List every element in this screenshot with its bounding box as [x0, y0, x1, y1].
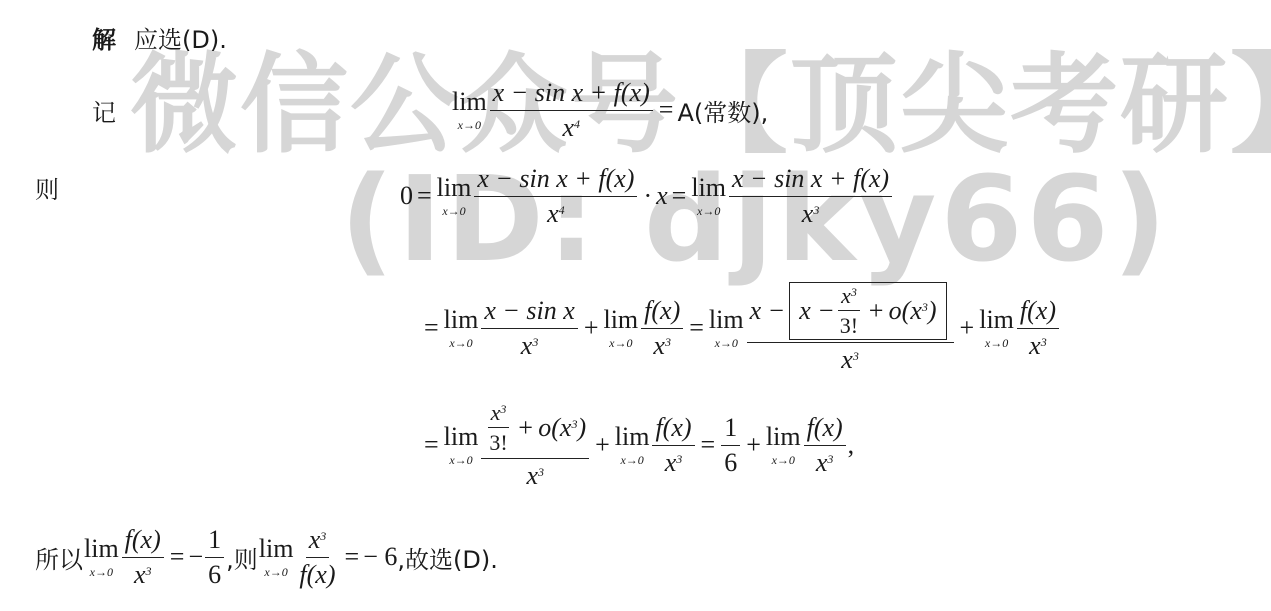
x3-over-3fact: x3 3!: [486, 400, 510, 456]
limit-operator: limx→0: [603, 307, 638, 349]
answer-text: 应选(D).: [134, 20, 227, 55]
one-sixth: 1 6: [721, 413, 740, 478]
conclusion-prefix: 所以: [35, 540, 83, 575]
fraction: x − sin x + f(x) x3: [729, 164, 892, 229]
plus-sign: +: [746, 430, 761, 460]
equation-line-3: = limx→0 x3 3! + o(x3) x3 + limx→0 f(x) …: [420, 400, 854, 490]
equals-sign: =: [689, 313, 704, 343]
limit-operator: limx→0: [437, 175, 472, 217]
equals-sign: =: [345, 542, 360, 572]
definition-line: 记 limx→0 x − sin x + f(x) x4 = A(常数),: [92, 78, 768, 143]
let-label: 记: [92, 93, 116, 128]
variable-x: x: [656, 181, 668, 211]
equals-sign: =: [701, 430, 716, 460]
equals-sign: =: [424, 313, 439, 343]
limit-operator: limx→0: [615, 424, 650, 466]
plus-sign: +: [595, 430, 610, 460]
plus-sign: +: [960, 313, 975, 343]
then-label-line: 则: [35, 170, 59, 205]
answer-line: 解 应选(D).: [92, 20, 227, 55]
limit-operator: limx→0: [709, 307, 744, 349]
limit-operator: limx→0: [979, 307, 1014, 349]
x3-over-3fact: x3 3!: [837, 283, 861, 339]
fraction: f(x) x3: [641, 296, 683, 361]
fraction: f(x) x3: [122, 525, 164, 590]
limit-operator: limx→0: [444, 424, 479, 466]
constant-text: A(常数),: [677, 93, 768, 128]
plus-sign: +: [584, 313, 599, 343]
fraction: f(x) x3: [804, 413, 846, 478]
fraction: x − sin x + f(x) x4: [474, 164, 637, 229]
limit-operator: limx→0: [766, 424, 801, 466]
fraction: f(x) x3: [1017, 296, 1059, 361]
solution-label: 解: [92, 20, 116, 55]
equals-sign: =: [170, 542, 185, 572]
dot-operator: ·: [643, 181, 652, 211]
one-sixth: 1 6: [205, 525, 224, 590]
limit-operator: limx→0: [691, 175, 726, 217]
conclusion-line: 所以 limx→0 f(x) x3 = − 1 6 ,则 limx→0 x3 f…: [35, 525, 498, 590]
taylor-fraction: x − x − x3 3! + o(x3) x3: [747, 282, 954, 374]
equals-sign: =: [424, 430, 439, 460]
comma: ,: [848, 430, 855, 460]
taylor-remainder-fraction: x3 3! + o(x3) x3: [481, 400, 589, 490]
equation-line-1: 0 = limx→0 x − sin x + f(x) x4 · x = lim…: [400, 164, 894, 229]
equals-sign: =: [672, 181, 687, 211]
equals-sign: =: [417, 181, 432, 211]
neg-six: − 6: [363, 542, 397, 572]
conclusion-suffix: ,故选(D).: [397, 540, 497, 575]
fraction: f(x) x3: [652, 413, 694, 478]
then-label: 则: [35, 170, 59, 205]
conclusion-mid: ,则: [226, 540, 258, 575]
limit-operator: limx→0: [84, 536, 119, 578]
limit-operator: limx→0: [452, 89, 487, 131]
limit-operator: limx→0: [259, 536, 294, 578]
fraction: x3 f(x): [296, 525, 338, 590]
fraction: x − sin x + f(x) x4: [490, 78, 653, 143]
zero: 0: [400, 181, 413, 211]
fraction: x − sin x x3: [481, 296, 577, 361]
minus-sign: −: [188, 542, 203, 572]
equals-sign: =: [659, 95, 674, 125]
limit-operator: limx→0: [444, 307, 479, 349]
equation-line-2: = limx→0 x − sin x x3 + limx→0 f(x) x3 =…: [420, 282, 1061, 374]
bracket-group: x − x3 3! + o(x3): [789, 282, 946, 340]
